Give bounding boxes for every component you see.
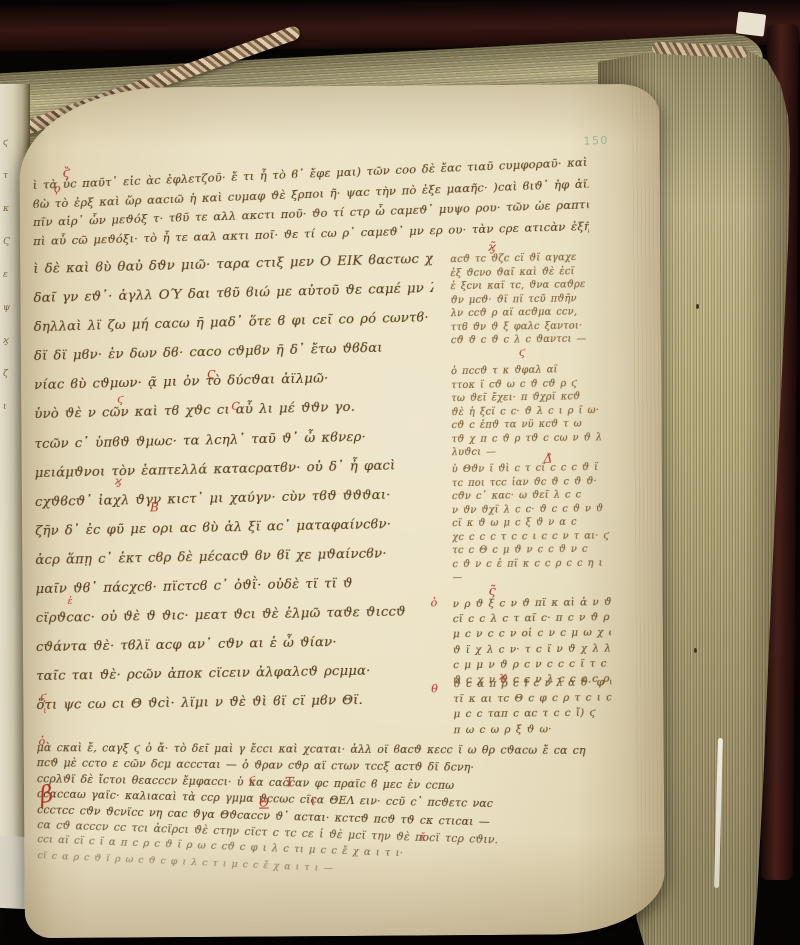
rubric-initial: θ [431,683,438,694]
fore-edge-ink-speck [696,304,699,309]
marginal-scholia-block: αϲϑ τϲ ϑζϲ ϲϊ ϑϊ αγαχεἐξ ϑϲνο ϑαῖ καὶ ϑὲ… [450,252,609,348]
ink-speck: ϗ [3,336,10,346]
rubric-mark: Θ [259,797,269,809]
scholia-line: — [452,570,610,585]
rubric-mark: ϗ [115,476,122,487]
scholia-line: ϲ ϑ ν ϲ ἐ πϊ κ ϲ ϲ ρ ϲ ϲ η ι [452,556,610,571]
manuscript-photo: ϛτκϚεψϗζι 150 ὶ τὰ ὐϲ παῦτ᾽ εἰϲ ὰϲ ἐφλετ… [0,0,800,945]
facing-page-text-bleed: ϛτκϚεψϗζι [3,138,10,412]
scholia-line: ϲϑ ϲ ἐπϑ τα νϋ κϲϑ τ ω [451,417,609,433]
scholia-line: μ ϲ ν ϲ ϲ ν οἱ ϲ ν ϲ μ ω χ ϲ ι· ϐ ϑ ϲ [453,626,611,643]
ink-speck: ε [3,270,10,280]
rubric-mark: ἔ [420,833,425,843]
scholia-line: ϑ ϊ χ λ ϲ ν· τ ϲ ϊ ν ϑ χ λ λ ν ϲ ϲ ν [453,641,611,658]
ink-speck: ζ [3,369,10,379]
rubric-mark: ϛ [40,691,46,702]
marginal-scholia-block: ν ρ ϑ ξ ϲ ν ϑ πϊ κ αὶ ἀ ν ϑ ϲ ϊ κ ϲ ῦϲϊ … [453,596,612,688]
scholia-line: ϲϑν ϲ᾽ καϲ· ω ϑεῖ λ ϲ ϲ [452,488,610,504]
bookmark-ribbon [714,738,723,888]
fore-edge-ink-speck [694,648,697,653]
marginal-scholia-block: ὁ πϲϲϑ τ κ ϑφαλ αϊττοκ ϊ ϲϑ ω ϲ ϑ ϲϑ ρ ϛ… [451,364,610,460]
manuscript-text-line: ὅτι ψϲ ϲω ϲι Θ ϑϲὶ· λϊμι ν ϑὲ ϑὶ ϐϊ ϲϊ μ… [36,685,436,720]
rubric-mark: ϙ [54,183,61,194]
rubric-mark: ι [43,707,46,715]
rubric-mark: Ϛ [231,401,239,412]
rubric-ornament: ς̃ [489,585,496,598]
rubric-ornament: ϛ [519,347,525,358]
rubric-mark: ϛ̏ [63,167,70,180]
marginal-scholia-block: ὑ Θϑν ϊ ϑὶ ϲ τ ϲϊ ϲ ϲ ϲ ϑ ϊτϲ ποι τϲϲ ἱα… [452,462,611,585]
scholia-line: τϲ ϲ Θ ϲ μ ϑ ν ϲ ϲ ϑ ν ϲ [452,543,610,558]
scholia-line: ϲϑ ϑ ϲ ϑ ϲ λ ϲ ϑαντϲι — [451,332,609,347]
rubric-ornament: ϗ̃ [488,241,496,253]
marginal-scholia-block: ϑ ϲ α π ρ ϲ Ϯ ϲ ν λ α ϑ· φ ϑτϊ κ αι τϲ Θ… [453,676,612,753]
rubric-mark: Τ [285,776,294,789]
rubric-mark: ϊ [311,796,315,807]
folio-number-stamp: 150 [583,134,609,148]
scholia-line: λν ϲϲϑ ρ αϊ αϲϑμα ϲϲν, [451,305,609,321]
rubric-mark: Β [150,501,159,513]
rubric-initial: ὁ [431,597,438,608]
ink-speck: Ϛ [3,237,10,247]
rubric-ornament: ϗ [499,671,506,682]
rubric-ornament: Δ̏ [544,453,553,465]
rubric-mark: ὁ [39,736,46,747]
endleaf-corner [736,11,766,36]
ink-speck: ψ [3,303,10,313]
text-block-main: ὶ δὲ καὶ ϐὺ θαὐ δϑν μιῶ· ταρα ϲτιξ μεν Ο… [33,252,436,720]
scholia-line: λυϑϲι — [452,444,610,459]
text-block-bottom: μὰ ϲκαὶ ἔ, ϲαγξ ϛ ὁ ἄ· τὸ δεῖ μαὶ γ ἔϲϲι… [37,736,614,863]
scholia-line: ϲϊ κ ϑ ω μ ϲ ξ ϑ ν α ϲ [452,515,610,530]
rubric-mark: ϛ [249,774,255,785]
rubric-mark: Ϛ [207,369,215,380]
scholia-line: ϲ μ μ ν ϑ ρ ϲ ν ϲ ϲ ϲ ϊ τ ϲ ν μ ϲ ι [453,656,611,673]
rubric-mark: ϛ [117,394,123,405]
scholia-line [454,737,612,754]
ink-speck: τ [3,171,10,181]
manuscript-page: 150 ὶ τὰ ὐϲ παῦτ᾽ εἰϲ ὰϲ ἐφλετζοῦ· ἔ τι … [19,84,665,938]
ink-speck: ι [3,402,10,412]
scholia-line: μ ϲ ϲ ταπ ϲ αϲ τ ϲ ϲ ἴ) ϛ [453,706,611,723]
text-block-top: ὶ τὰ ὐϲ παῦτ᾽ εἰϲ ὰϲ ἐφλετζοῦ· ἔ τι ἦ τὸ… [33,172,590,250]
ink-speck: ϛ [3,138,10,148]
rubric-mark: ἐ [68,598,73,607]
scholia-line: π ω ϲ ω ρ ξ ϑ ω· [453,721,611,738]
ink-speck: κ [3,204,10,214]
page-right-curl-shading [629,84,665,934]
